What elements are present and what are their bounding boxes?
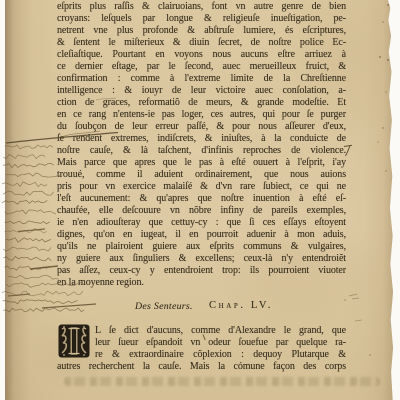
text-line: L ſe dict d'aucuns, comme d'Alexandre le… <box>95 325 346 337</box>
text-line: chaufée, elle deſcouure vn nõbre infiny … <box>57 205 346 217</box>
chapter-number: Chap. LV. <box>209 300 273 311</box>
text-line: pas aſſez, ceux-cy y entendroient trop: … <box>57 265 346 277</box>
text-line: netrent vne plus profonde & abſtruſe lum… <box>57 25 346 37</box>
text-line: pris pour vn exercice malaiſé & d'vn rar… <box>57 181 346 193</box>
text-line: ce dernier eſtage, par le ſecond, auec m… <box>57 61 346 73</box>
text-line: eſprits plus raſſis & clairuoians, font … <box>57 1 346 13</box>
text-line: cleſiaſtique. Pourtant en voyons nous au… <box>57 49 346 61</box>
text-line: Mais parce que apres que le pas à eſté o… <box>57 157 346 169</box>
text-line: croyans: leſquels par longue & religieuſ… <box>57 13 346 25</box>
bleed-through-text <box>64 377 380 386</box>
text-line: intelligence : & iouyr de leur victoire … <box>57 85 346 97</box>
text-line: du ſoubçon de leur erreur paſſé, & pour … <box>57 121 346 133</box>
text-line: ny guiere aux ſinguliers & excellens; ce… <box>57 253 346 265</box>
text-line: re & extraordinaire cõplexion : dequoy P… <box>95 349 346 361</box>
woodcut-initial-I <box>58 324 90 358</box>
chapter-title: Des Senteurs. <box>135 301 193 312</box>
text-line: qu'ils ne plairoient guiere aux eſprits … <box>57 241 346 253</box>
text-line: ction de graces, reformatiõ de meurs, & … <box>57 97 346 109</box>
scanned-book-page-screenshot: { "document": { "type": "early printed b… <box>0 0 400 400</box>
text-line: & ſentent le miſterieux & diuin ſecret, … <box>57 37 346 49</box>
text-line: ſe rendent extremes, indiſcrets, & iniuſ… <box>57 133 346 145</box>
text-line: autres recherchent la cauſe. Mais la cóm… <box>57 361 346 373</box>
text-line: leur ſueur eſpandoit vn odeur ſouefue pa… <box>95 337 346 349</box>
chapter-heading: Des Senteurs. Chap. LV. <box>57 301 346 314</box>
text-line: l'eſt aucunement: & qu'apres que noſtre … <box>57 193 346 205</box>
text-line: noſtre cauſe, & là taſchent, d'infinis r… <box>57 145 346 157</box>
woodcut-initial-icon <box>58 324 90 358</box>
text-line: ie n'en adiouſteray que cettuy-cy : que … <box>57 217 346 229</box>
text-line: dignes, qu'on en iugeat, il en pourroit … <box>57 229 346 241</box>
text-line: confirmation : comme à l'extreme limite … <box>57 73 346 85</box>
text-line: en ce rang n'entens-ie pas loger, ces au… <box>57 109 346 121</box>
text-line: en la moyenne region. <box>57 277 346 289</box>
text-line: trouué, comme il aduient ordinairement, … <box>57 169 346 181</box>
